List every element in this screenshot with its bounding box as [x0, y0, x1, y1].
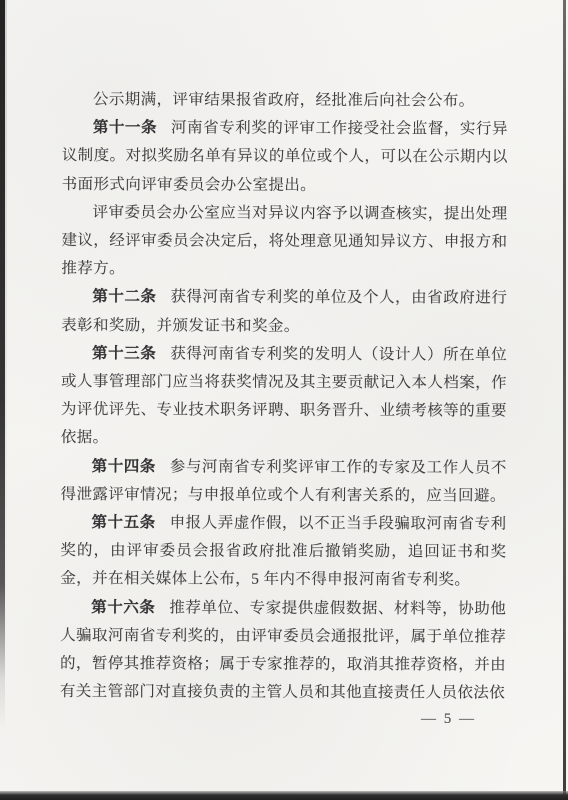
scanned-page-photo: { "document": { "paragraphs": [ { "head"… — [0, 0, 568, 800]
paragraph: 第十四条参与河南省专利奖评审工作的专家及工作人员不得泄露评审情况；与申报单位或个… — [61, 453, 507, 511]
article-number: 第十五条 — [91, 514, 155, 531]
paragraph: 评审委员会办公室应当对异议内容予以调查核实，提出处理建议，经评审委员会决定后，将… — [61, 199, 507, 285]
paragraph-text: 评审委员会办公室应当对异议内容予以调查核实，提出处理建议，经评审委员会决定后，将… — [61, 204, 507, 278]
paragraph: 公示期满，评审结果报省政府，经批准后向社会公布。 — [62, 86, 508, 116]
article-number: 第十四条 — [92, 458, 156, 475]
page-edge-shadow-left — [0, 0, 5, 730]
document-page: 公示期满，评审结果报省政府，经批准后向社会公布。 第十一条河南省专利奖的评审工作… — [0, 0, 568, 800]
paragraph: 第十一条河南省专利奖的评审工作接受社会监督，实行异议制度。对拟奖励名单有异议的单… — [62, 114, 508, 200]
article-number: 第十二条 — [92, 289, 156, 306]
article-number: 第十三条 — [92, 345, 156, 362]
paragraph-text: 公示期满，评审结果报省政府，经批准后向社会公布。 — [93, 91, 475, 109]
paragraph: 第十六条推荐单位、专家提供虚假数据、材料等，协助他人骗取河南省专利奖的，由评审委… — [60, 594, 506, 708]
paragraph: 第十三条获得河南省专利奖的发明人（设计人）所在单位或人事管理部门应当将获奖情况及… — [61, 340, 507, 454]
page-edge-shadow-right — [563, 0, 566, 800]
paragraph: 第十二条获得河南省专利奖的单位及个人，由省政府进行表彰和奖励，并颁发证书和奖金。 — [61, 283, 507, 341]
article-number: 第十六条 — [91, 599, 155, 616]
document-body: 公示期满，评审结果报省政府，经批准后向社会公布。 第十一条河南省专利奖的评审工作… — [60, 86, 508, 708]
page-number: — 5 — — [0, 711, 476, 728]
paragraph: 第十五条申报人弄虚作假，以不正当手段骗取河南省专利奖的，由评审委员会报省政府批准… — [60, 509, 506, 595]
article-number: 第十一条 — [93, 119, 157, 136]
page-edge-shadow-bottom — [0, 791, 568, 800]
